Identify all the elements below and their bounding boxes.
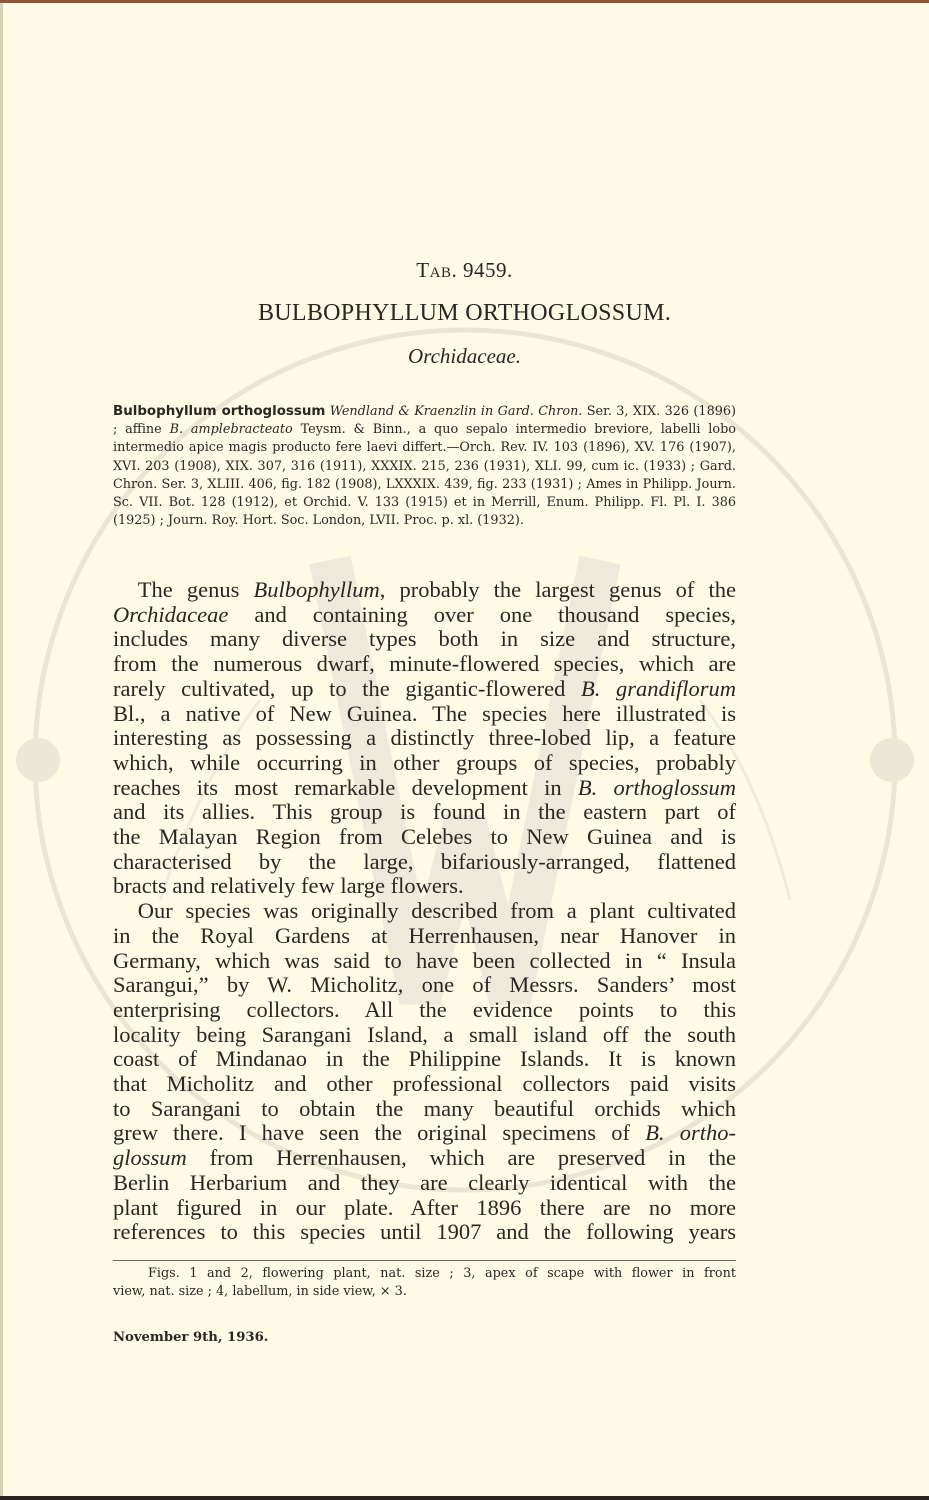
body-text-run: locality being Sarangani Island, a small… — [113, 1022, 736, 1047]
body-text-run: that Micholitz and other professional co… — [113, 1071, 736, 1096]
figure-caption: Figs. 1 and 2, flowering plant, nat. siz… — [113, 1265, 736, 1301]
synonymy-affine-species: B. amplebracteato — [170, 422, 293, 437]
body-text-run: in the Royal Gardens at Herrenhausen, ne… — [113, 923, 736, 948]
body-line: includes many diverse types both in size… — [113, 627, 736, 652]
body-line: Our species was originally described fro… — [113, 899, 736, 924]
body-text-run: bracts and relatively few large flowers. — [113, 873, 464, 898]
body-line: interesting as possessing a distinctly t… — [113, 726, 736, 751]
body-text-run: reaches its most remarkable development … — [113, 775, 578, 800]
body-text-run: the Malayan Region from Celebes to New G… — [113, 824, 736, 849]
body-line: Orchidaceae and containing over one thou… — [113, 603, 736, 628]
body-line: plant figured in our plate. After 1896 t… — [113, 1196, 736, 1221]
body-line: The genus Bulbophyllum, probably the lar… — [113, 578, 736, 603]
synonymy-lead: Bulbophyllum orthoglossum — [113, 404, 325, 419]
body-text-run: Berlin Herbarium and they are clearly id… — [113, 1170, 736, 1195]
body-line: Sarangui,” by W. Micholitz, one of Messr… — [113, 973, 736, 998]
body-line: the Malayan Region from Celebes to New G… — [113, 825, 736, 850]
body-text-run: and its allies. This group is found in t… — [113, 799, 736, 824]
synonymy-paragraph: Bulbophyllum orthoglossum Wendland & Kra… — [113, 403, 736, 530]
italic-taxon: B. orthoglossum — [578, 775, 736, 800]
body-text-run: from Herrenhausen, which are preserved i… — [187, 1145, 736, 1170]
body-text-run: The genus — [138, 577, 254, 602]
body-text-run: rarely cultivated, up to the gigantic-fl… — [113, 676, 581, 701]
body-text-run: coast of Mindanao in the Philippine Isla… — [113, 1046, 736, 1071]
body-line: Bl., a native of New Guinea. The species… — [113, 702, 736, 727]
plate-number-value: 9459. — [463, 258, 513, 282]
body-text-run: which, while occurring in other groups o… — [113, 750, 736, 775]
scan-bottom-edge — [0, 1496, 929, 1500]
body-line: rarely cultivated, up to the gigantic-fl… — [113, 677, 736, 702]
body-text-run: Our species was originally described fro… — [138, 898, 736, 923]
body-text-run: Sarangui,” by W. Micholitz, one of Messr… — [113, 972, 736, 997]
body-line: and its allies. This group is found in t… — [113, 800, 736, 825]
synonymy-authors: Wendland & Kraenzlin in Gard. Chron. — [330, 404, 583, 419]
body-text-run: includes many diverse types both in size… — [113, 626, 736, 651]
footnote-rule — [113, 1260, 736, 1261]
species-title: BULBOPHYLLUM ORTHOGLOSSUM. — [0, 300, 929, 327]
body-line: to Sarangani to obtain the many beautifu… — [113, 1097, 736, 1122]
italic-taxon: B. ortho- — [645, 1120, 736, 1145]
figure-caption-line: view, nat. size ; 4, labellum, in side v… — [113, 1283, 736, 1301]
body-text-run: grew there. I have seen the original spe… — [113, 1120, 645, 1145]
body-text-run: Bl., a native of New Guinea. The species… — [113, 701, 736, 726]
italic-taxon: Orchidaceae — [113, 602, 228, 627]
body-line: grew there. I have seen the original spe… — [113, 1121, 736, 1146]
body-line: coast of Mindanao in the Philippine Isla… — [113, 1047, 736, 1072]
body-line: bracts and relatively few large flowers. — [113, 874, 736, 899]
plate-prefix: Tab. — [416, 258, 457, 282]
body-line: in the Royal Gardens at Herrenhausen, ne… — [113, 924, 736, 949]
body-text-run: and containing over one thousand species… — [228, 602, 736, 627]
body-text-run: plant figured in our plate. After 1896 t… — [113, 1195, 736, 1220]
body-line: Germany, which was said to have been col… — [113, 949, 736, 974]
body-text-run: enterprising collectors. All the evidenc… — [113, 997, 736, 1022]
scan-left-edge — [0, 0, 3, 1500]
body-line: which, while occurring in other groups o… — [113, 751, 736, 776]
body-text-run: characterised by the large, bifariously-… — [113, 849, 736, 874]
synonymy-text-rest: Teysm. & Binn., a quo sepalo intermedio … — [113, 422, 736, 528]
italic-taxon: Bulbophyllum — [254, 577, 380, 602]
body-line: reaches its most remarkable development … — [113, 776, 736, 801]
plate-number: Tab. 9459. — [0, 258, 929, 283]
body-line: enterprising collectors. All the evidenc… — [113, 998, 736, 1023]
body-text-run: references to this species until 1907 an… — [113, 1219, 736, 1244]
family-name: Orchidaceae. — [0, 344, 929, 369]
body-line: that Micholitz and other professional co… — [113, 1072, 736, 1097]
body-line: from the numerous dwarf, minute-flowered… — [113, 652, 736, 677]
body-text: The genus Bulbophyllum, probably the lar… — [113, 578, 736, 1245]
body-line: characterised by the large, bifariously-… — [113, 850, 736, 875]
body-line: glossum from Herrenhausen, which are pre… — [113, 1146, 736, 1171]
figure-caption-line: Figs. 1 and 2, flowering plant, nat. siz… — [113, 1265, 736, 1283]
italic-taxon: B. grandiflorum — [581, 676, 736, 701]
body-text-run: from the numerous dwarf, minute-flowered… — [113, 651, 736, 676]
body-text-run: Germany, which was said to have been col… — [113, 948, 736, 973]
italic-taxon: glossum — [113, 1145, 187, 1170]
body-text-run: to Sarangani to obtain the many beautifu… — [113, 1096, 736, 1121]
body-text-run: , probably the largest genus of the — [380, 577, 736, 602]
body-line: references to this species until 1907 an… — [113, 1220, 736, 1245]
scan-top-edge — [0, 0, 929, 3]
body-line: Berlin Herbarium and they are clearly id… — [113, 1171, 736, 1196]
publication-date: November 9th, 1936. — [113, 1330, 268, 1345]
body-text-run: interesting as possessing a distinctly t… — [113, 725, 736, 750]
body-line: locality being Sarangani Island, a small… — [113, 1023, 736, 1048]
